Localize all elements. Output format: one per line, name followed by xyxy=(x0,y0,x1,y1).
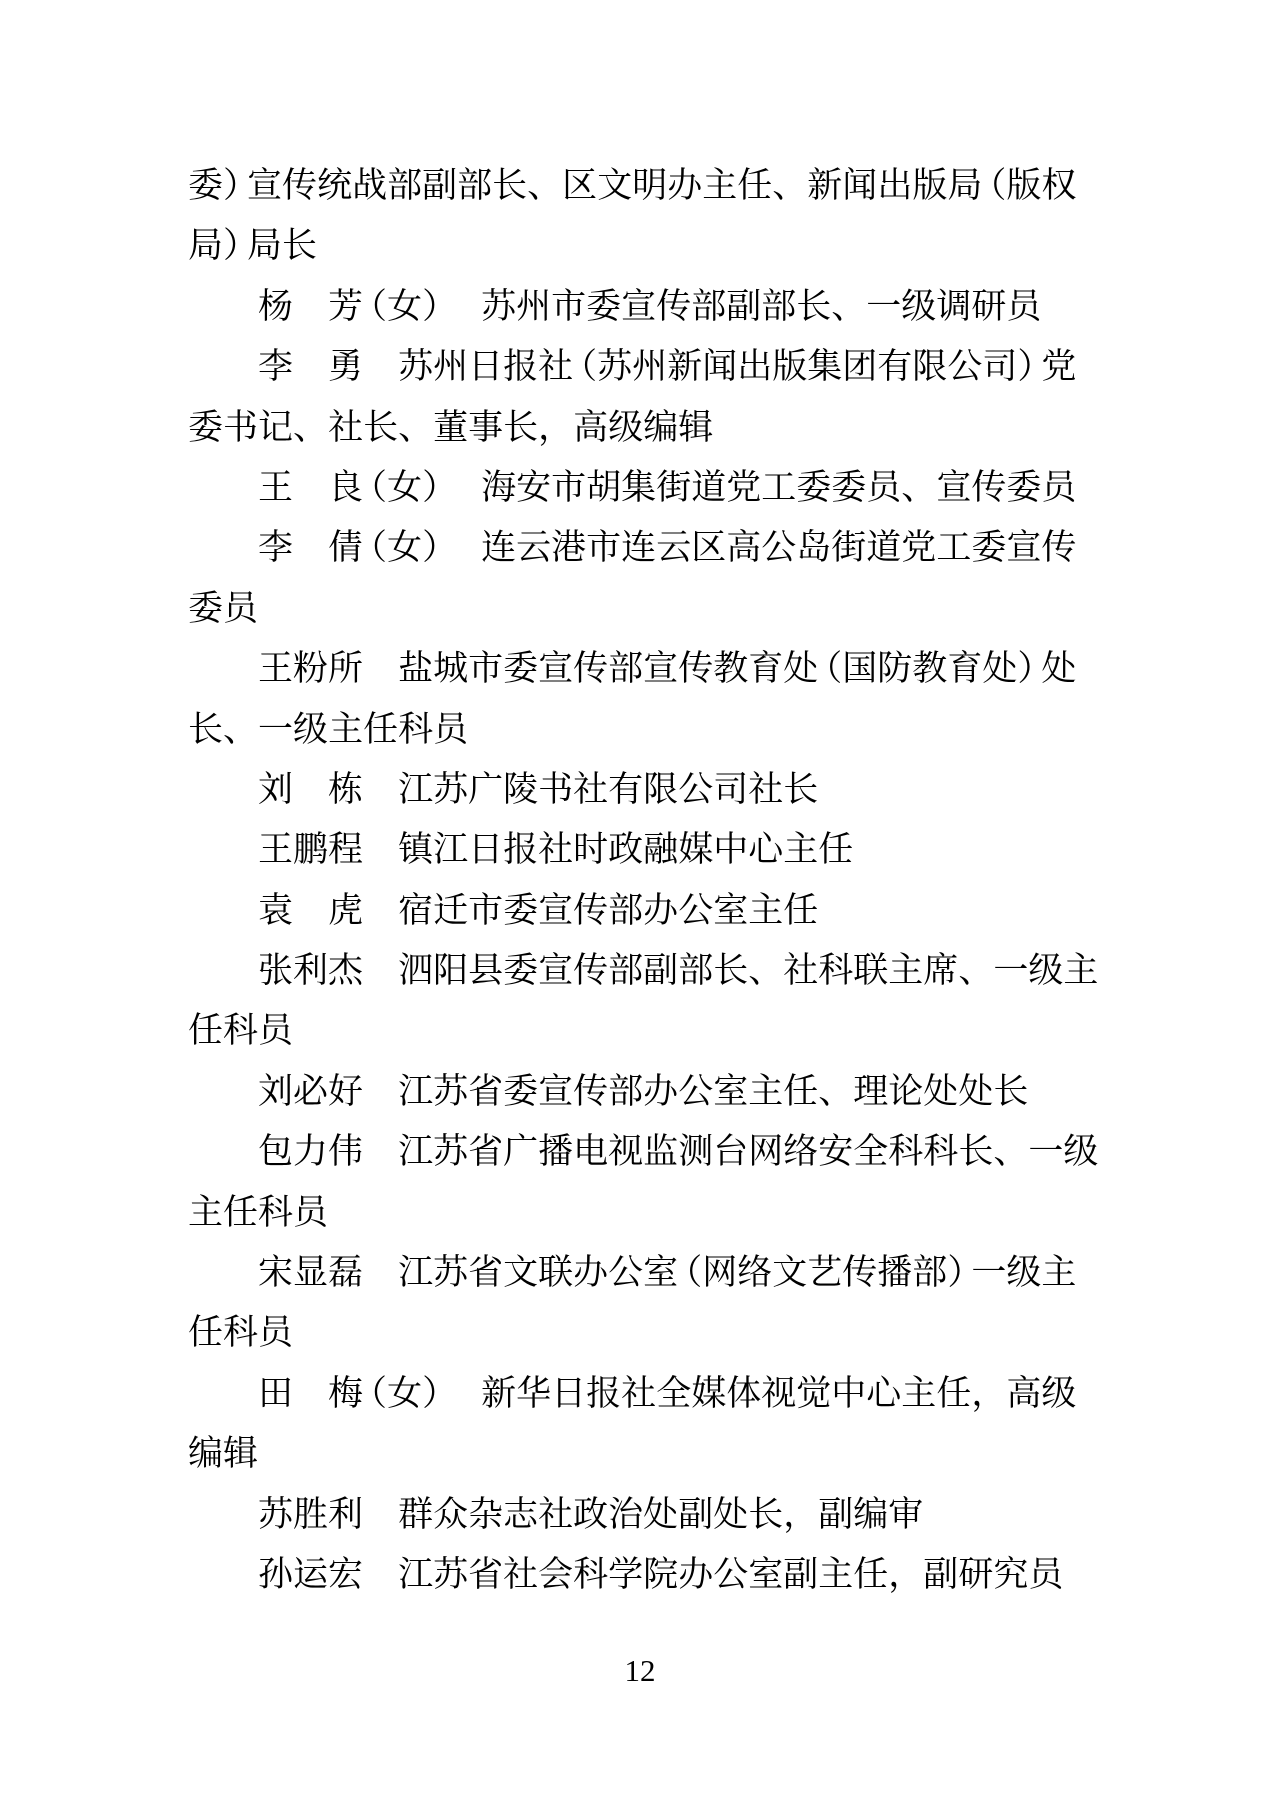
text-line: 袁 虎 宿迁市委宣传部办公室主任 xyxy=(188,881,1138,941)
text-line: 长、一级主任科员 xyxy=(188,700,1138,760)
text-line: 王粉所 盐城市委宣传部宣传教育处（国防教育处）处 xyxy=(188,639,1138,699)
text-line: 委书记、社长、董事长，高级编辑 xyxy=(188,398,1138,458)
text-line: 委）宣传统战部副部长、区文明办主任、新闻出版局（版权 xyxy=(188,156,1138,216)
text-line: 杨 芳（女） 苏州市委宣传部副部长、一级调研员 xyxy=(188,277,1138,337)
document-body: 委）宣传统战部副部长、区文明办主任、新闻出版局（版权局）局长杨 芳（女） 苏州市… xyxy=(188,156,1138,1605)
text-line: 孙运宏 江苏省社会科学院办公室副主任，副研究员 xyxy=(188,1545,1138,1605)
text-line: 任科员 xyxy=(188,1001,1138,1061)
text-line: 委员 xyxy=(188,579,1138,639)
text-line: 刘 栋 江苏广陵书社有限公司社长 xyxy=(188,760,1138,820)
text-line: 任科员 xyxy=(188,1303,1138,1363)
document-page: 委）宣传统战部副部长、区文明办主任、新闻出版局（版权局）局长杨 芳（女） 苏州市… xyxy=(0,0,1280,1809)
text-line: 编辑 xyxy=(188,1424,1138,1484)
page-number: 12 xyxy=(0,1650,1280,1692)
text-line: 苏胜利 群众杂志社政治处副处长，副编审 xyxy=(188,1485,1138,1545)
text-line: 包力伟 江苏省广播电视监测台网络安全科科长、一级 xyxy=(188,1122,1138,1182)
text-line: 田 梅（女） 新华日报社全媒体视觉中心主任，高级 xyxy=(188,1364,1138,1424)
text-line: 张利杰 泗阳县委宣传部副部长、社科联主席、一级主 xyxy=(188,941,1138,1001)
text-line: 李 勇 苏州日报社（苏州新闻出版集团有限公司）党 xyxy=(188,337,1138,397)
text-line: 主任科员 xyxy=(188,1183,1138,1243)
text-line: 宋显磊 江苏省文联办公室（网络文艺传播部）一级主 xyxy=(188,1243,1138,1303)
text-line: 王 良（女） 海安市胡集街道党工委委员、宣传委员 xyxy=(188,458,1138,518)
text-line: 李 倩（女） 连云港市连云区高公岛街道党工委宣传 xyxy=(188,518,1138,578)
text-line: 王鹏程 镇江日报社时政融媒中心主任 xyxy=(188,820,1138,880)
text-line: 局）局长 xyxy=(188,216,1138,276)
text-line: 刘必好 江苏省委宣传部办公室主任、理论处处长 xyxy=(188,1062,1138,1122)
